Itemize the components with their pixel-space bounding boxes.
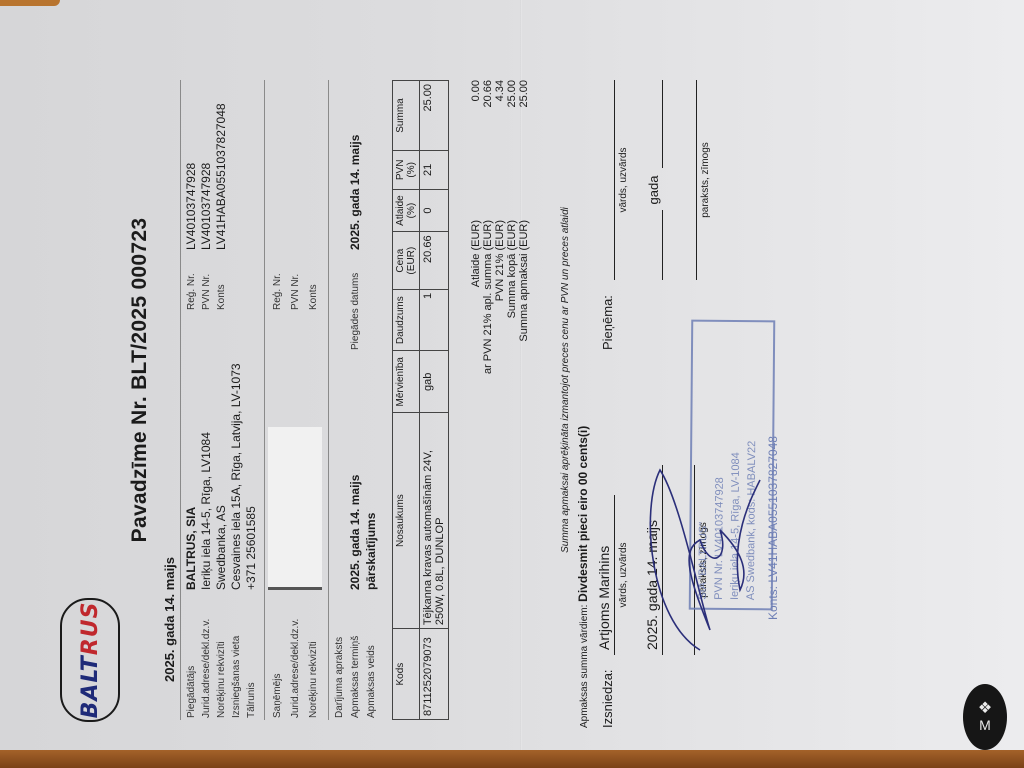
receiver-date-word: gada: [646, 170, 661, 210]
payment-term-label: Apmaksas termiņš: [350, 636, 361, 718]
supplier-reg-label: Reģ. Nr.: [186, 273, 197, 310]
badge-glyph: ❖: [978, 701, 992, 717]
supplier-bank: Swedbanka, AS: [214, 505, 228, 590]
col-vat: PVN (%): [393, 151, 420, 190]
total-label: Summa kopā (EUR): [506, 140, 518, 440]
col-price: Cena (EUR): [393, 232, 420, 289]
total-row: PVN 21% (EUR)4.34: [494, 80, 506, 440]
watermark-logo-icon: ❖ M: [963, 684, 1007, 750]
total-label: ar PVN 21% apl. summa (EUR): [482, 140, 494, 440]
supplier-address: Ieriķu iela 14-5, Rīga, LV1084: [199, 432, 213, 590]
issuer-name: Artjoms Marihins: [596, 546, 612, 650]
receiver-date-line-1: [662, 210, 663, 280]
total-value: 4.34: [494, 80, 506, 140]
receiver-name-caption: vārds, uzvārds: [618, 80, 629, 280]
total-label: Atlaide (EUR): [470, 140, 482, 440]
cell-qty: 1: [420, 289, 449, 351]
recipient-account-label: Konts: [308, 284, 319, 310]
items-table: Kods Nosaukums Mērvienība Daudzums Cena …: [392, 80, 449, 720]
payment-method: pārskaitījums: [364, 513, 378, 590]
payment-method-label: Apmaksas veids: [366, 645, 377, 718]
supplier-address-label: Jurid.adrese/dekl.dz.v.: [201, 619, 212, 718]
supplier-account: LV41HABA0551037827048: [214, 103, 228, 250]
recipient-vat-label: PVN Nr.: [290, 274, 301, 310]
recipient-label: Saņēmējs: [272, 674, 283, 718]
total-value: 0.00: [470, 80, 482, 140]
total-label: PVN 21% (EUR): [494, 140, 506, 440]
receiver-sign-line: [696, 80, 697, 280]
vat-note: Summa apmaksai aprēķināta izmantojot pre…: [560, 20, 571, 740]
supplier-account-label: Konts: [216, 284, 227, 310]
supplier-vat-nr: LV40103747928: [199, 163, 213, 250]
col-discount: Atlaide (%): [393, 189, 420, 232]
divider: [264, 80, 266, 720]
payment-term: 2025. gada 14. maijs: [348, 475, 362, 590]
supplier-reg-nr: LV40103747928: [184, 163, 198, 250]
cell-discount: 0: [420, 189, 449, 232]
delivery-date-label: Piegādes datums: [350, 273, 361, 350]
col-code: Kods: [393, 629, 420, 720]
total-value: 25.00: [506, 80, 518, 140]
invoice-title: Pavadzīme Nr. BLT/2025 000723: [128, 20, 152, 740]
issuer-name-caption: vārds, uzvārds: [618, 495, 629, 655]
divider: [180, 80, 182, 720]
receiver-sign-caption: paraksts, zīmogs: [700, 80, 711, 280]
delivery-date: 2025. gada 14. maijs: [348, 135, 362, 250]
amount-in-words: Apmaksas summa vārdiem: Divdesmit pieci …: [576, 426, 590, 728]
total-value: 20.66: [482, 80, 494, 140]
supplier-vat-label: PVN Nr.: [201, 274, 212, 310]
issue-date: 2025. gada 14. maijs: [162, 557, 177, 682]
total-row: Atlaide (EUR)0.00: [470, 80, 482, 440]
issue-place: Cesvaines iela 15A, Rīga, Latvija, LV-10…: [229, 363, 243, 590]
cell-code: 8711252079073: [420, 629, 449, 720]
redacted-recipient: [268, 427, 322, 590]
recipient-address-label: Jurid.adrese/dekl.dz.v.: [290, 619, 301, 718]
supplier-name: BALTRUS, SIA: [184, 507, 198, 590]
col-unit: Mērvienība: [393, 351, 420, 413]
transaction-desc-label: Darījuma apraksts: [334, 637, 345, 718]
total-value: 25.00: [518, 80, 530, 140]
table-edge-top: [0, 0, 60, 6]
logo-text-part2: RUS: [78, 602, 103, 656]
handwritten-signature: [640, 460, 770, 660]
badge-letter: M: [979, 717, 991, 733]
logo-text-part1: BALT: [78, 655, 103, 718]
baltrus-logo: BALTRUS: [60, 598, 120, 722]
issued-by-label: Izsniedza:: [600, 669, 615, 728]
cell-vat: 21: [420, 151, 449, 190]
receiver-name-line: [614, 80, 615, 280]
col-qty: Daudzums: [393, 289, 420, 351]
table-edge-bottom: [0, 750, 1024, 768]
total-label: Summa apmaksai (EUR): [518, 140, 530, 440]
issue-place-label: Izsniegšanas vieta: [231, 636, 242, 718]
col-sum: Summa: [393, 81, 420, 151]
received-by-label: Pieņēma:: [600, 295, 615, 350]
amount-words: Divdesmit pieci eiro 00 cents(i): [576, 426, 590, 602]
recipient-bank-label: Norēķinu rekvizīti: [308, 641, 319, 718]
invoice-page: BALTRUS Pavadzīme Nr. BLT/2025 000723 20…: [40, 20, 660, 740]
total-row: Summa kopā (EUR)25.00: [506, 80, 518, 440]
supplier-bank-label: Norēķinu rekvizīti: [216, 641, 227, 718]
divider: [328, 80, 330, 720]
phone-label: Tālrunis: [246, 682, 257, 718]
supplier-label: Piegādātājs: [186, 666, 197, 718]
total-row: Summa apmaksai (EUR)25.00: [518, 80, 530, 440]
amount-words-label: Apmaksas summa vārdiem:: [579, 605, 590, 728]
table-header-row: Kods Nosaukums Mērvienība Daudzums Cena …: [393, 81, 420, 720]
total-row: ar PVN 21% apl. summa (EUR)20.66: [482, 80, 494, 440]
phone: +371 25601585: [244, 506, 258, 590]
table-row: 8711252079073 Tējkanna kravas automašīnā…: [420, 81, 449, 720]
issuer-name-line: [614, 495, 615, 655]
cell-sum: 25.00: [420, 81, 449, 151]
recipient-reg-label: Reģ. Nr.: [272, 273, 283, 310]
cell-price: 20.66: [420, 232, 449, 289]
col-name: Nosaukums: [393, 413, 420, 629]
receiver-date-line-2: [662, 80, 663, 168]
totals-block: Atlaide (EUR)0.00 ar PVN 21% apl. summa …: [470, 80, 530, 440]
cell-name: Tējkanna kravas automašīnām 24V, 250W, 0…: [420, 413, 449, 629]
cell-unit: gab: [420, 351, 449, 413]
